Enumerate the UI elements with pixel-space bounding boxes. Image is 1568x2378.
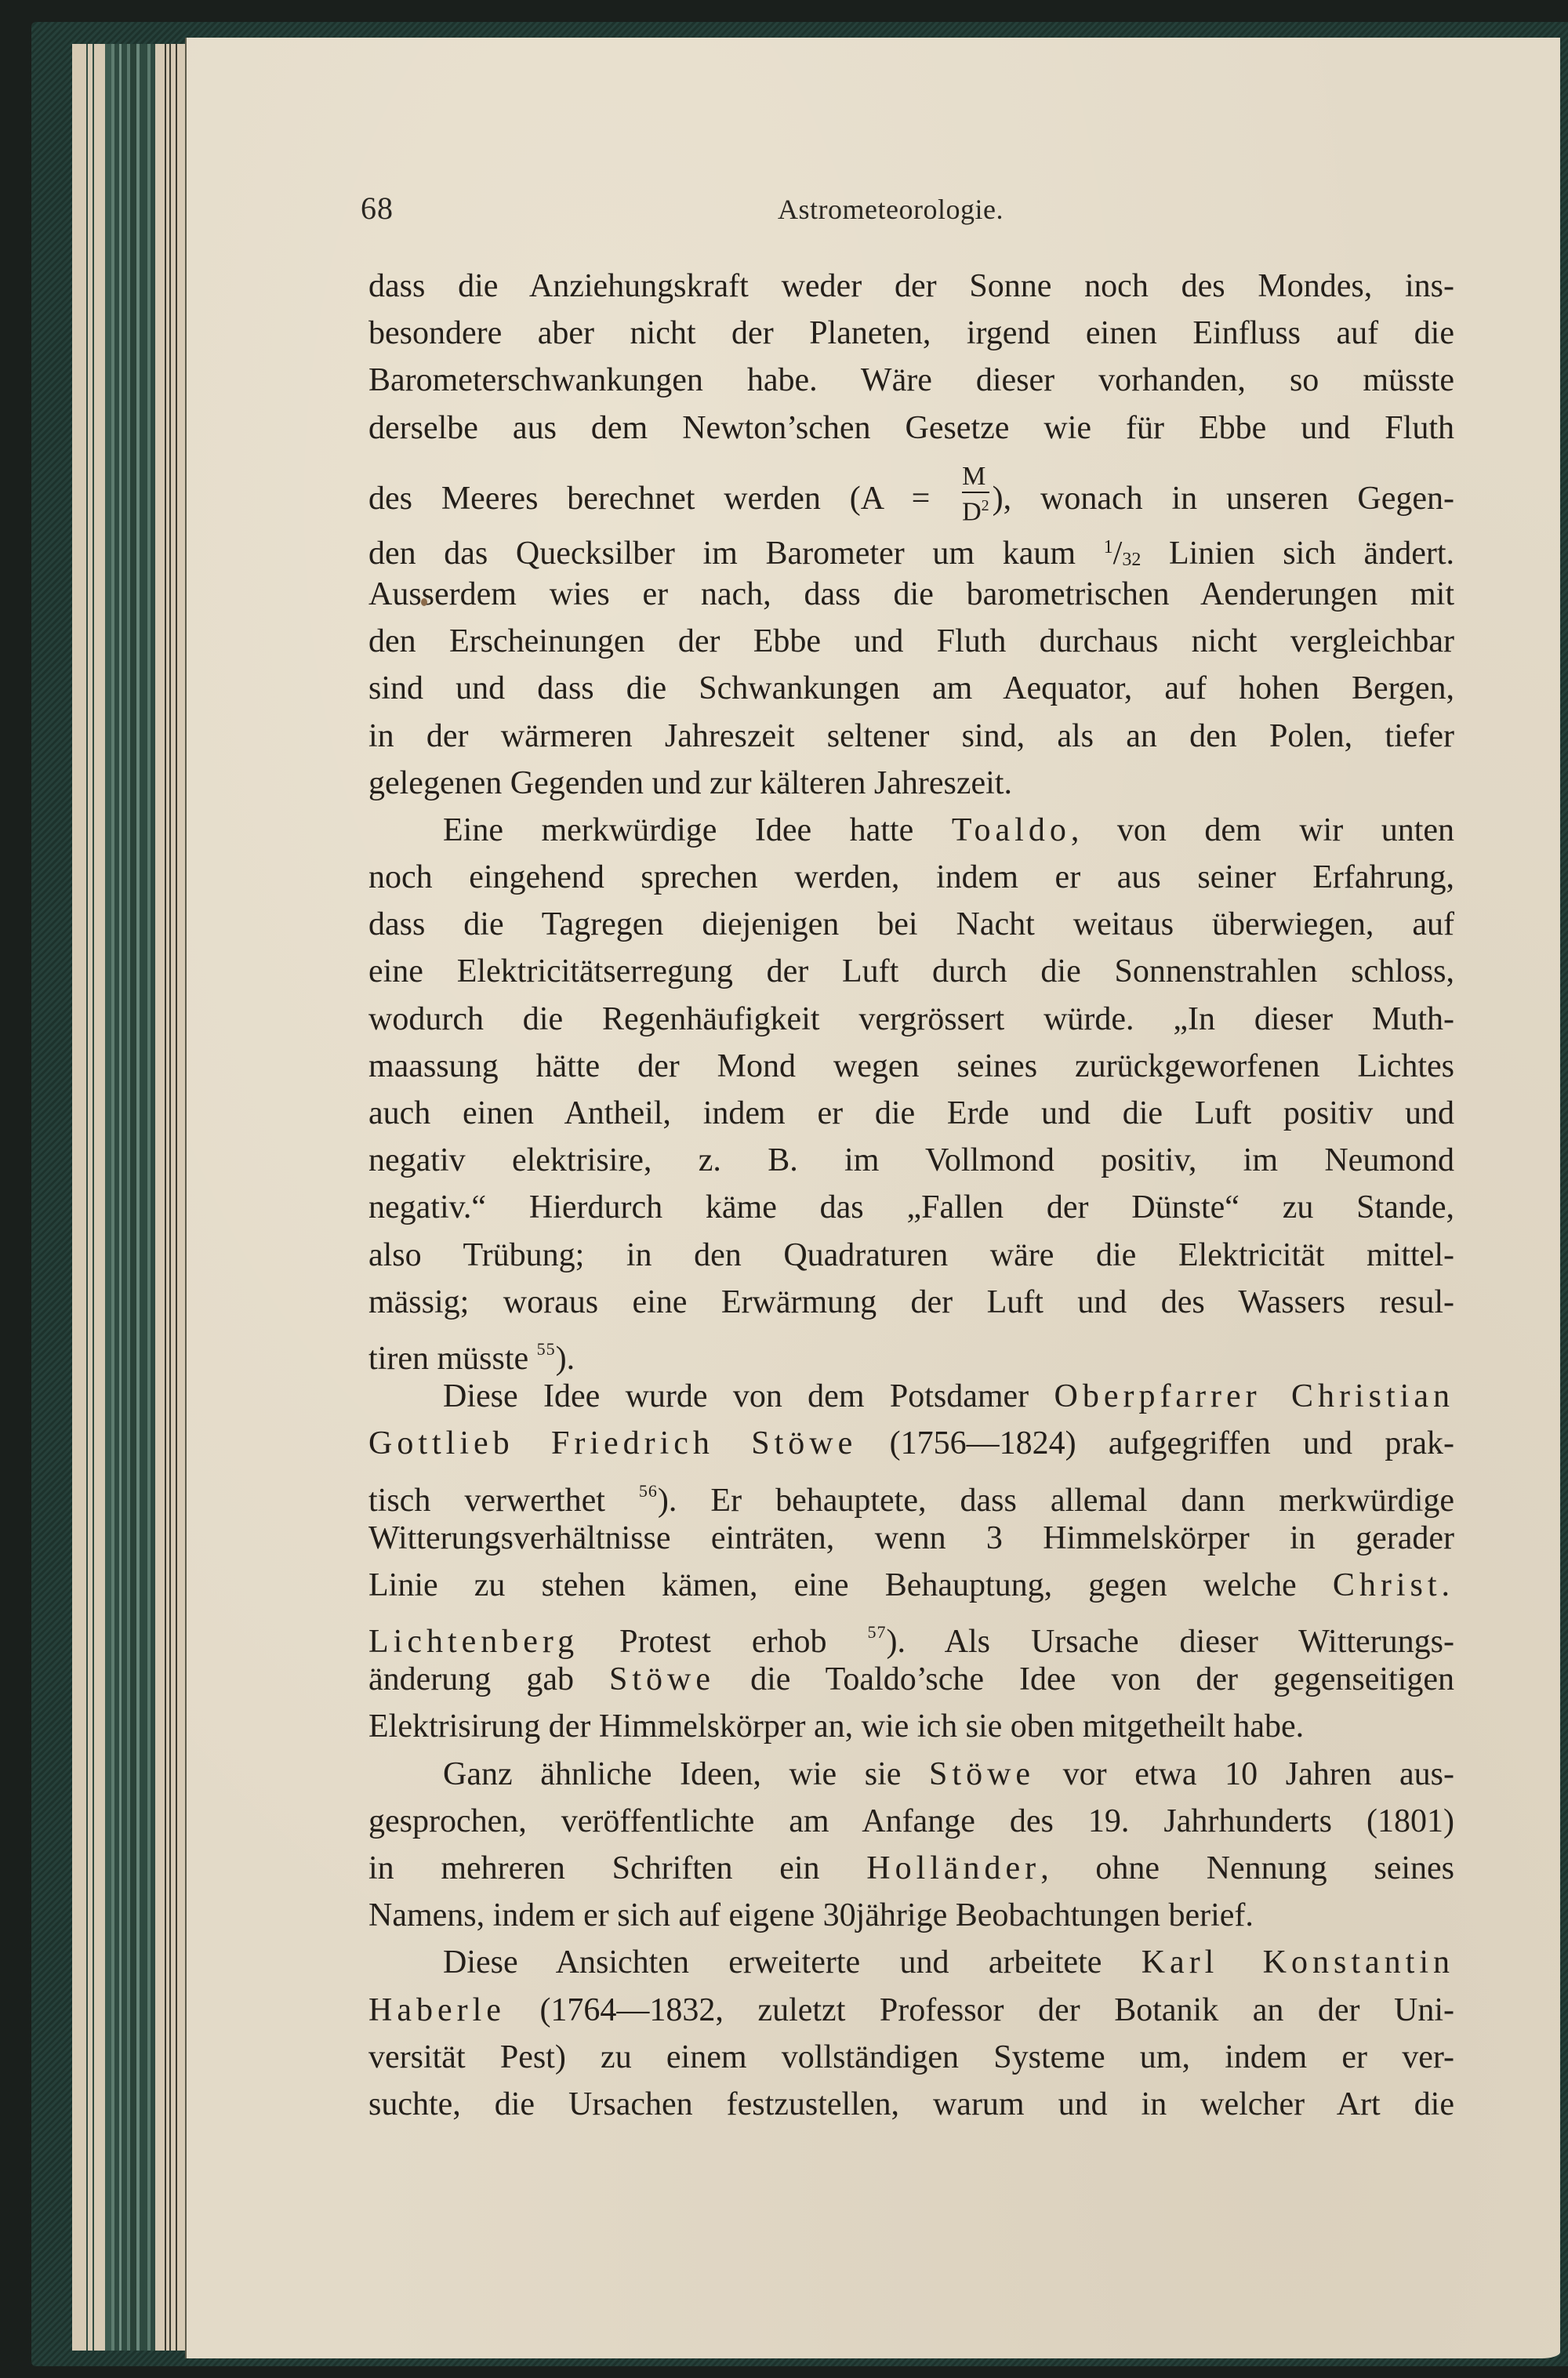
spaced-name: Stöwe	[609, 1661, 715, 1697]
text-line: Barometerschwankungen habe. Wäre dieser …	[368, 357, 1454, 404]
text-line: derselbe aus dem Newton’schen Gesetze wi…	[368, 405, 1454, 452]
text-line: eine Elektricitätserregung der Luft durc…	[368, 948, 1454, 995]
spaced-name: Christ.	[1333, 1567, 1454, 1603]
text-line: gesprochen, veröffentlichte am Anfange d…	[368, 1798, 1454, 1845]
spaced-name: Gottlieb Friedrich Stöwe	[368, 1425, 857, 1461]
text-line: Haberle (1764—1832, zuletzt Professor de…	[368, 1987, 1454, 2034]
text-line: dass die Tagregen diejenigen bei Nacht w…	[368, 901, 1454, 948]
text-line: also Trübung; in den Quadraturen wäre di…	[368, 1232, 1454, 1279]
spaced-name: Oberpfarrer Christian	[1054, 1378, 1454, 1414]
text-line: Linie zu stehen kämen, eine Behauptung, …	[368, 1562, 1454, 1609]
text-line: maassung hätte der Mond wegen seines zur…	[368, 1043, 1454, 1090]
footnote-ref-57: 57	[867, 1622, 886, 1642]
text-line: Diese Idee wurde von dem Potsdamer Oberp…	[368, 1373, 1454, 1420]
body-text: dass die Anziehungskraft weder der Sonne…	[368, 263, 1454, 2128]
running-header: 68 Astrometeorologie.	[361, 190, 1458, 237]
text-line: sind und dass die Schwankungen am Aequat…	[368, 665, 1454, 712]
text-line: noch eingehend sprechen werden, indem er…	[368, 854, 1454, 901]
text-line: den Erscheinungen der Ebbe und Fluth dur…	[368, 618, 1454, 665]
footnote-ref-56: 56	[639, 1481, 658, 1501]
text-line: dass die Anziehungskraft weder der Sonne…	[368, 263, 1454, 310]
paper-speck	[421, 598, 427, 606]
text-line: änderung gab Stöwe die Toaldo’sche Idee …	[368, 1656, 1454, 1703]
text-line: negativ elektrisire, z. B. im Vollmond p…	[368, 1137, 1454, 1184]
text-line: auch einen Antheil, indem er die Erde un…	[368, 1090, 1454, 1137]
spaced-name: Haberle	[368, 1992, 506, 2028]
text-line: tiren müsste 55).	[368, 1326, 1454, 1373]
fraction-1-32: 1/32	[1104, 536, 1142, 572]
text-line: Elektrisirung der Himmelskörper an, wie …	[368, 1703, 1454, 1750]
text-line: besondere aber nicht der Planeten, irgen…	[368, 310, 1454, 357]
page-edges	[72, 44, 190, 2351]
text-line: in der wärmeren Jahreszeit seltener sind…	[368, 713, 1454, 760]
spaced-name: Karl Konstantin	[1142, 1944, 1454, 1980]
text-line: Ganz ähnliche Ideen, wie sie Stöwe vor e…	[368, 1751, 1454, 1798]
text-line: gelegenen Gegenden und zur kälteren Jahr…	[368, 760, 1454, 807]
text-line: wodurch die Regenhäufigkeit vergrössert …	[368, 996, 1454, 1043]
text-line-formula: des Meeres berechnet werden (A = MD2), w…	[368, 452, 1454, 524]
text-line: Diese Ansichten erweiterte und arbeitete…	[368, 1939, 1454, 1986]
page-edge-rule	[185, 38, 187, 2358]
text-line: Gottlieb Friedrich Stöwe (1756—1824) auf…	[368, 1420, 1454, 1467]
text-line: Ausserdem wies er nach, dass die baromet…	[368, 571, 1454, 618]
text-line: negativ.“ Hierdurch käme das „Fallen der…	[368, 1184, 1454, 1231]
spaced-name: Lichtenberg	[368, 1624, 579, 1660]
text-line: Lichtenberg Protest erhob 57). Als Ursac…	[368, 1609, 1454, 1656]
text-line: Namens, indem er sich auf eigene 30jähri…	[368, 1892, 1454, 1939]
text-line: tisch verwerthet 56). Er behauptete, das…	[368, 1468, 1454, 1515]
running-title: Astrometeorologie.	[342, 193, 1439, 226]
spaced-name: Holländer	[866, 1850, 1040, 1886]
text-line: suchte, die Ursachen festzustellen, waru…	[368, 2081, 1454, 2128]
text-line: Witterungsverhältnisse einträten, wenn 3…	[368, 1515, 1454, 1562]
text-line: den das Quecksilber im Barometer um kaum…	[368, 524, 1454, 571]
text-line: Eine merkwürdige Idee hatte Toaldo, von …	[368, 807, 1454, 854]
spaced-name: Stöwe	[929, 1756, 1035, 1792]
text-line: versität Pest) zu einem vollständigen Sy…	[368, 2034, 1454, 2081]
text-line: in mehreren Schriften ein Holländer, ohn…	[368, 1845, 1454, 1892]
formula-fraction: MD2	[962, 463, 989, 525]
footnote-ref-55: 55	[537, 1339, 556, 1359]
spaced-name: Toaldo	[952, 812, 1071, 848]
text-line: mässig; woraus eine Erwärmung der Luft u…	[368, 1279, 1454, 1326]
